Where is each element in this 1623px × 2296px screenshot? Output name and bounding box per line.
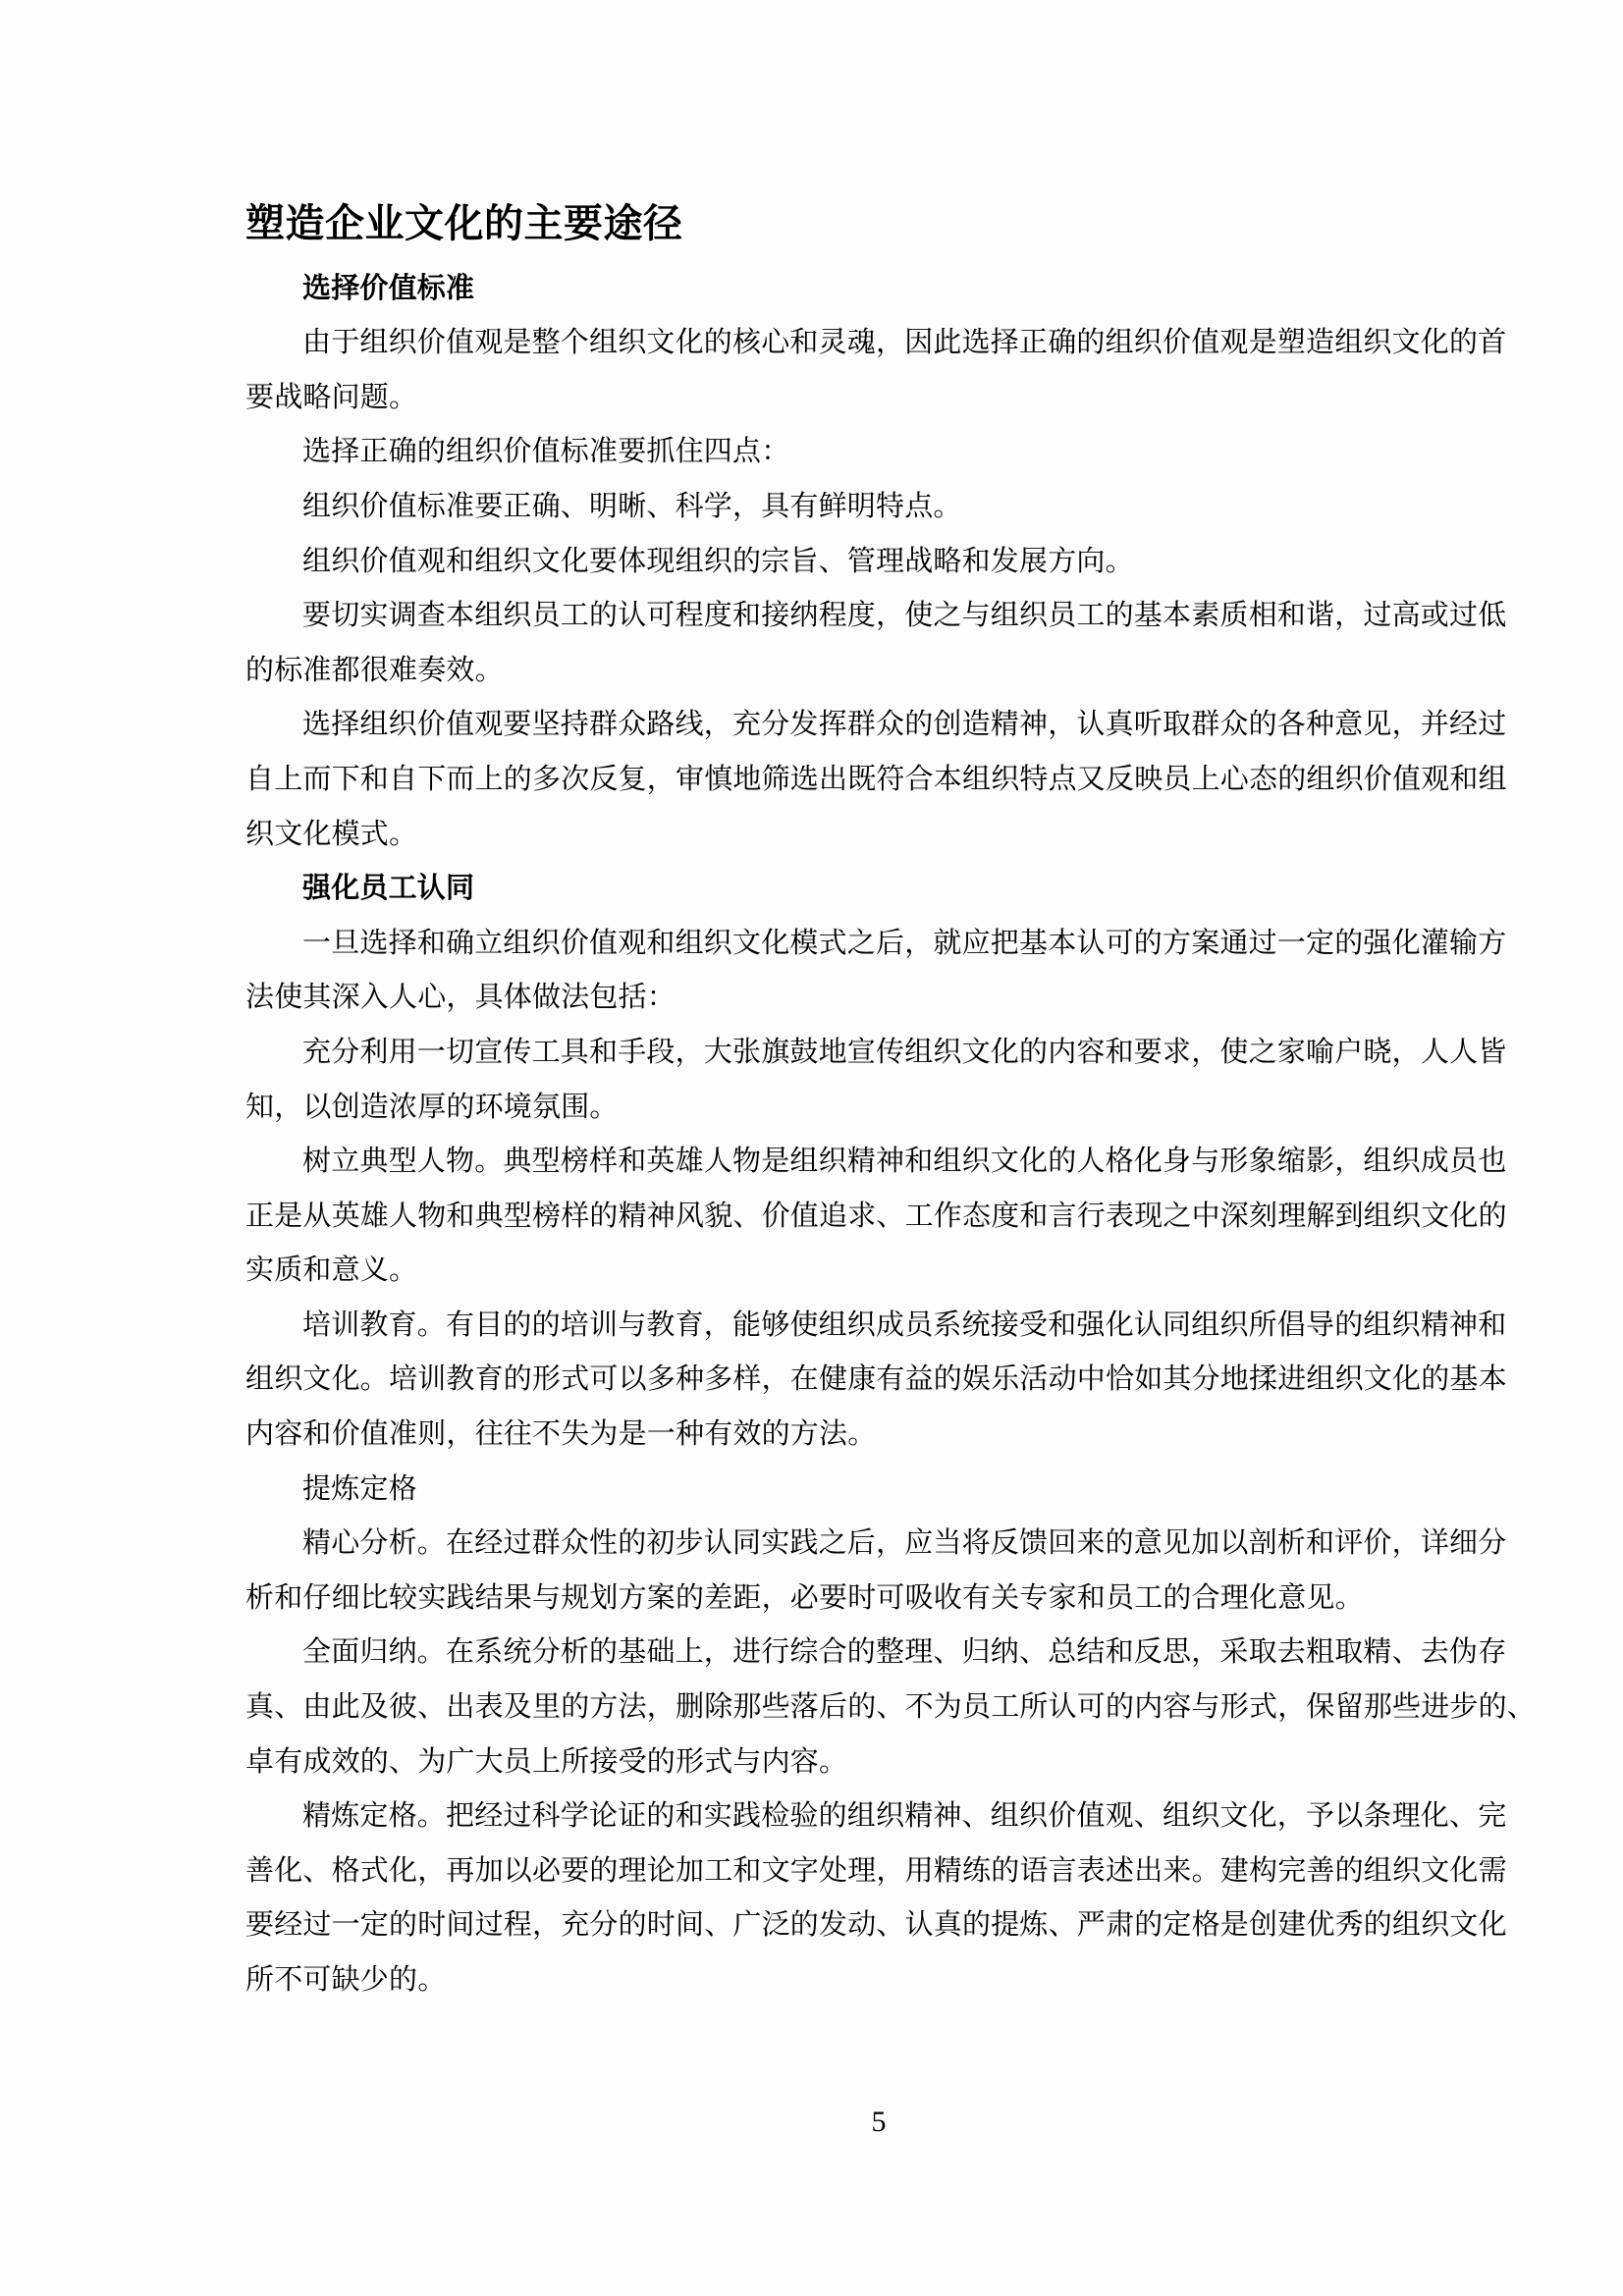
text-line: 内容和价值准则，往往不失为是一种有效的方法。 [245,1408,1512,1463]
text-line: 选择正确的组织价值标准要抓住四点： [245,425,1512,480]
text-line: 选择组织价值观要坚持群众路线，充分发挥群众的创造精神，认真听取群众的各种意见，并… [245,698,1512,753]
text-line: 培训教育。有目的的培训与教育，能够使组织成员系统接受和强化认同组织所倡导的组织精… [245,1299,1512,1354]
text-line: 卓有成效的、为广大员上所接受的形式与内容。 [245,1735,1512,1790]
section-heading: 强化员工认同 [245,862,1512,917]
text-line: 由于组织价值观是整个组织文化的核心和灵魂，因此选择正确的组织价值观是塑造组织文化… [245,316,1512,371]
document-content: 塑造企业文化的主要途径 选择价值标准由于组织价值观是整个组织文化的核心和灵魂，因… [245,197,1512,2142]
text-line: 织文化模式。 [245,808,1512,863]
text-line: 要切实调查本组织员工的认可程度和接纳程度，使之与组织员工的基本素质相和谐，过高或… [245,589,1512,644]
text-line: 正是从英雄人物和典型榜样的精神风貌、价值追求、工作态度和言行表现之中深刻理解到组… [245,1190,1512,1245]
text-line: 一旦选择和确立组织价值观和组织文化模式之后，就应把基本认可的方案通过一定的强化灌… [245,917,1512,972]
text-line: 组织价值观和组织文化要体现组织的宗旨、管理战略和发展方向。 [245,535,1512,590]
text-line: 树立典型人物。典型榜样和英雄人物是组织精神和组织文化的人格化身与形象缩影，组织成… [245,1135,1512,1190]
text-line: 组织文化。培训教育的形式可以多种多样，在健康有益的娱乐活动中恰如其分地揉进组织文… [245,1353,1512,1408]
page-number: 5 [245,2103,1512,2142]
text-line: 组织价值标准要正确、明晰、科学，具有鲜明特点。 [245,480,1512,535]
document-page: 塑造企业文化的主要途径 选择价值标准由于组织价值观是整个组织文化的核心和灵魂，因… [0,0,1623,2296]
text-line: 要经过一定的时间过程，充分的时间、广泛的发动、认真的提炼、严肃的定格是创建优秀的… [245,1898,1512,1953]
text-line: 析和仔细比较实践结果与规划方案的差距，必要时可吸收有关专家和员工的合理化意见。 [245,1572,1512,1627]
text-line: 真、由此及彼、出表及里的方法，删除那些落后的、不为员工所认可的内容与形式，保留那… [245,1681,1512,1735]
text-line: 精炼定格。把经过科学论证的和实践检验的组织精神、组织价值观、组织文化，予以条理化… [245,1789,1512,1844]
text-line: 所不可缺少的。 [245,1953,1512,2008]
page-title: 塑造企业文化的主要途径 [245,197,1512,252]
text-line: 善化、格式化，再加以必要的理论加工和文字处理，用精练的语言表述出来。建构完善的组… [245,1844,1512,1899]
text-line: 提炼定格 [245,1463,1512,1518]
text-line: 知，以创造浓厚的环境氛围。 [245,1081,1512,1136]
text-line: 全面归纳。在系统分析的基础上，进行综合的整理、归纳、总结和反思，采取去粗取精、去… [245,1626,1512,1681]
section-heading: 选择价值标准 [245,262,1512,317]
document-body: 选择价值标准由于组织价值观是整个组织文化的核心和灵魂，因此选择正确的组织价值观是… [245,262,1512,2008]
text-line: 法使其深入人心，具体做法包括： [245,971,1512,1026]
text-line: 充分利用一切宣传工具和手段，大张旗鼓地宣传组织文化的内容和要求，使之家喻户晓，人… [245,1026,1512,1081]
text-line: 自上而下和自下而上的多次反复，审慎地筛选出既符合本组织特点又反映员上心态的组织价… [245,753,1512,808]
text-line: 实质和意义。 [245,1244,1512,1299]
text-line: 精心分析。在经过群众性的初步认同实践之后，应当将反馈回来的意见加以剖析和评价，详… [245,1517,1512,1572]
text-line: 的标准都很难奏效。 [245,644,1512,699]
text-line: 要战略问题。 [245,371,1512,426]
